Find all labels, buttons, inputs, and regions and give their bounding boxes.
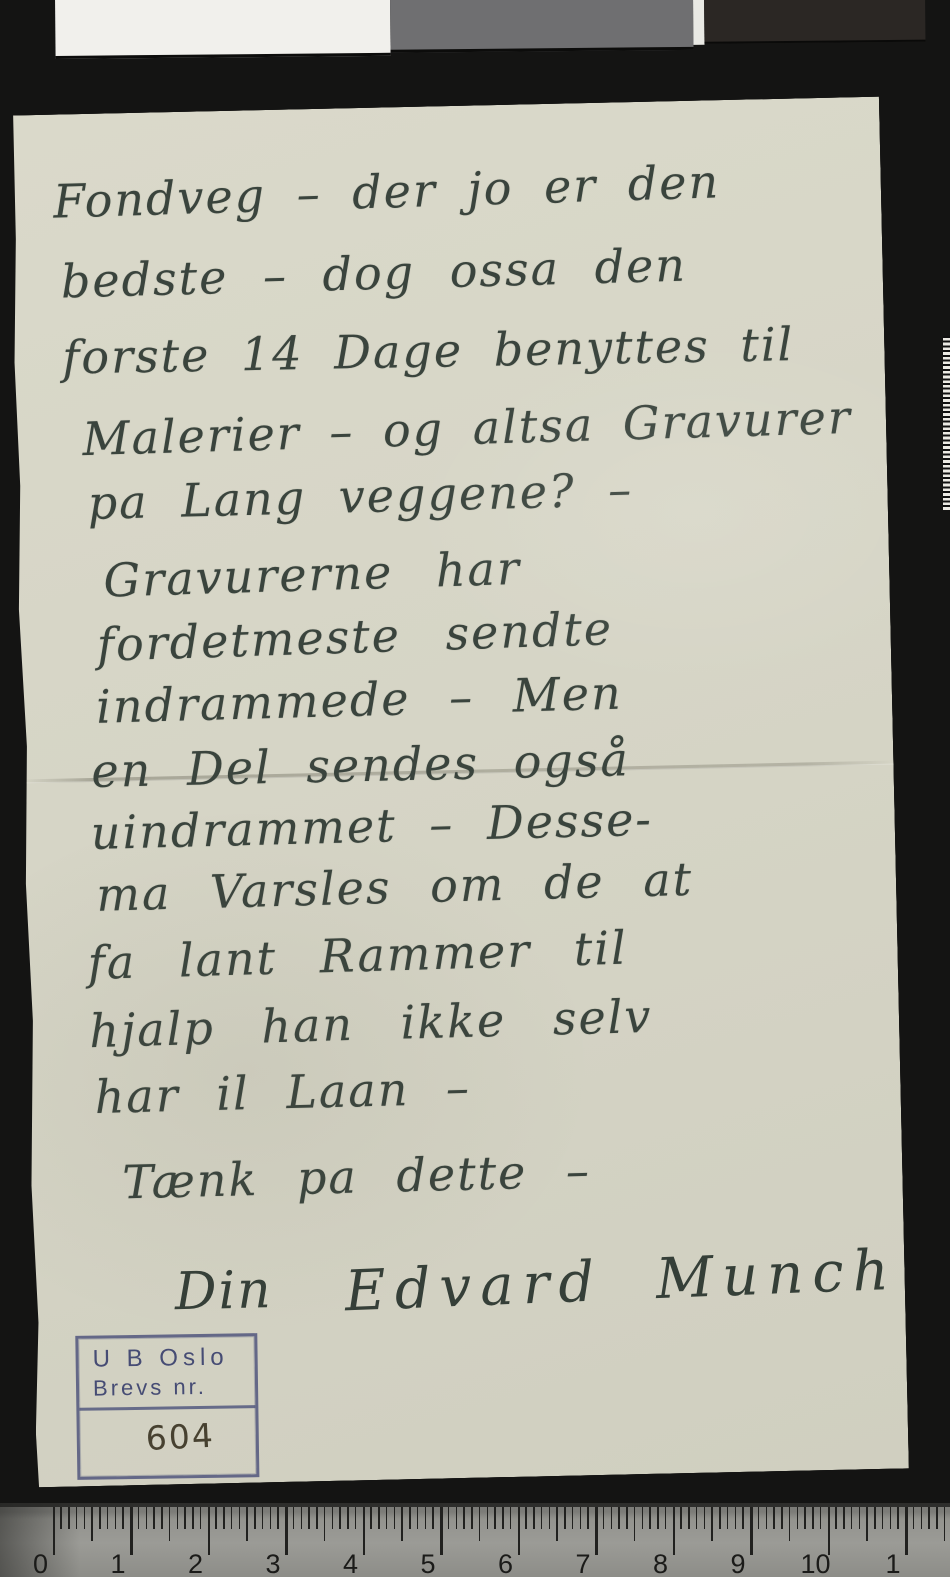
handwriting-line: har il Laan – — [94, 1060, 472, 1124]
ruler-tick — [789, 1507, 791, 1541]
ruler-tick — [177, 1507, 179, 1529]
ruler-tick — [688, 1507, 690, 1529]
ruler-tick — [696, 1507, 698, 1529]
ruler-tick — [138, 1507, 140, 1529]
ruler-tick — [308, 1507, 310, 1529]
ruler-tick — [673, 1507, 676, 1555]
ruler-tick — [324, 1507, 326, 1541]
ruler-tick — [928, 1507, 930, 1529]
centimeter-ruler: 0123456789101 — [0, 1503, 950, 1577]
ruler-tick — [874, 1507, 876, 1529]
ruler-tick — [828, 1507, 831, 1555]
ruler-tick — [518, 1507, 521, 1555]
ruler-tick — [611, 1507, 613, 1529]
ruler-tick — [580, 1507, 582, 1529]
ruler-tick — [76, 1507, 78, 1529]
handwriting-line: fordetmeste sendte — [96, 601, 614, 672]
closing-salutation: Din — [174, 1260, 273, 1322]
ruler-tick — [657, 1507, 659, 1529]
ruler-tick — [60, 1507, 62, 1529]
ruler-tick — [363, 1507, 366, 1555]
calibration-patch-dark — [704, 0, 926, 44]
ruler-tick — [386, 1507, 388, 1529]
ruler-tick — [626, 1507, 628, 1529]
letter-paper: Fondveg – der jo er denbedste – dog ossa… — [7, 97, 909, 1488]
ruler-tick — [471, 1507, 473, 1529]
handwriting-line: uindrammet – Desse- — [90, 792, 653, 860]
stamp-letter-number-value: 604 — [145, 1416, 216, 1458]
ruler-tick — [270, 1507, 272, 1529]
ruler-tick — [417, 1507, 419, 1529]
ruler-tick — [332, 1507, 334, 1529]
ruler-number: 4 — [343, 1549, 358, 1577]
ruler-tick — [91, 1507, 93, 1541]
scanned-letter-photo: Fondveg – der jo er denbedste – dog ossa… — [0, 0, 950, 1577]
ruler-number: 2 — [188, 1549, 203, 1577]
ruler-tick — [820, 1507, 822, 1529]
ruler-tick — [704, 1507, 706, 1529]
ruler-tick — [735, 1507, 737, 1529]
ruler-tick — [797, 1507, 799, 1529]
ruler-tick — [432, 1507, 434, 1529]
ruler-tick — [944, 1507, 946, 1541]
archive-stamp-header: U B Oslo Brevs nr. — [78, 1336, 255, 1411]
ruler-tick — [184, 1507, 186, 1529]
ruler-tick — [595, 1507, 598, 1555]
ruler-tick — [812, 1507, 814, 1529]
ruler-tick — [115, 1507, 117, 1529]
ruler-tick — [727, 1507, 729, 1529]
handwriting-line: Malerier – og altsa Gravurer — [82, 390, 853, 466]
ruler-tick — [525, 1507, 527, 1529]
ruler-tick — [556, 1507, 558, 1541]
handwriting-line: indrammede – Men — [95, 666, 623, 734]
letter-closing: Din Edvard Munch — [32, 1246, 904, 1265]
ruler-tick — [223, 1507, 225, 1529]
handwriting-line: Tænk pa dette – — [122, 1144, 592, 1210]
ruler-tick — [913, 1507, 915, 1529]
ruler-tick — [634, 1507, 636, 1541]
ruler-tick — [502, 1507, 504, 1529]
ruler-tick — [618, 1507, 620, 1529]
ruler-tick — [897, 1507, 899, 1529]
ruler-tick — [936, 1507, 938, 1529]
ruler-tick — [642, 1507, 644, 1529]
ruler-tick — [200, 1507, 202, 1529]
ruler-number: 10 — [800, 1549, 830, 1577]
ruler-tick — [750, 1507, 753, 1555]
stamp-institution-label: U B Oslo — [92, 1343, 254, 1374]
ruler-number: 6 — [498, 1549, 513, 1577]
ruler-tick — [463, 1507, 465, 1529]
ruler-tick — [99, 1507, 101, 1529]
ruler-tick — [711, 1507, 713, 1541]
ruler-tick — [277, 1507, 279, 1529]
ruler-tick — [835, 1507, 837, 1529]
ruler-tick — [541, 1507, 543, 1529]
ruler-tick — [208, 1507, 211, 1555]
handwriting-line: en Del sendes også — [91, 732, 630, 798]
ruler-number: 8 — [653, 1549, 668, 1577]
handwriting-line: bedste – dog ossa den — [60, 238, 687, 309]
grayscale-calibration-strip — [55, 0, 936, 56]
ruler-tick — [742, 1507, 744, 1529]
ruler-tick — [851, 1507, 853, 1529]
handwriting-line: ma Varsles om de at — [96, 852, 694, 922]
ruler-tick — [564, 1507, 566, 1529]
ruler-tick — [370, 1507, 372, 1529]
ruler-tick — [378, 1507, 380, 1529]
ruler-tick — [665, 1507, 667, 1529]
ruler-tick — [719, 1507, 721, 1529]
ruler-tick — [53, 1507, 56, 1555]
ruler-tick — [804, 1507, 806, 1529]
ruler-tick — [231, 1507, 233, 1529]
ruler-tick — [68, 1507, 70, 1529]
stamp-letter-number-label: Brevs nr. — [93, 1372, 255, 1403]
calibration-patch-white — [55, 0, 391, 59]
handwriting-block: Fondveg – der jo er denbedste – dog ossa… — [7, 97, 879, 116]
ruler-tick — [409, 1507, 411, 1529]
handwriting-line: forste 14 Dage benyttes til — [62, 317, 795, 384]
ruler-tick — [84, 1507, 86, 1529]
ruler-number: 1 — [885, 1549, 900, 1577]
ruler-tick — [316, 1507, 318, 1529]
ruler-tick — [192, 1507, 194, 1529]
ruler-tick — [866, 1507, 868, 1541]
ruler-number: 9 — [730, 1549, 745, 1577]
ruler-tick — [440, 1507, 443, 1555]
ruler-tick — [549, 1507, 551, 1529]
ruler-tick — [301, 1507, 303, 1529]
ruler-tick — [510, 1507, 512, 1529]
ruler-tick — [146, 1507, 148, 1529]
ruler-tick — [649, 1507, 651, 1529]
ruler-tick — [293, 1507, 295, 1529]
right-edge-ruler-fragment — [943, 336, 950, 510]
ruler-number: 0 — [33, 1549, 48, 1577]
ruler-tick — [905, 1507, 908, 1555]
handwriting-line: fa lant Rammer til — [87, 921, 628, 991]
handwriting-line: hjalp han ikke selv — [89, 989, 653, 1058]
ruler-tick — [843, 1507, 845, 1529]
ruler-tick — [773, 1507, 775, 1529]
ruler-tick — [572, 1507, 574, 1529]
ruler-tick — [859, 1507, 861, 1529]
ruler-tick — [533, 1507, 535, 1529]
ruler-number: 5 — [420, 1549, 435, 1577]
signature-edvard-munch: Edvard Munch — [344, 1238, 899, 1325]
ruler-tick — [448, 1507, 450, 1529]
ruler-tick — [339, 1507, 341, 1529]
ruler-tick — [107, 1507, 109, 1529]
ruler-tick — [161, 1507, 163, 1529]
calibration-patch-gap — [693, 0, 705, 45]
ruler-number: 1 — [110, 1549, 125, 1577]
ruler-tick — [758, 1507, 760, 1529]
ruler-tick — [262, 1507, 264, 1529]
ruler-tick — [766, 1507, 768, 1529]
ruler-number: 3 — [265, 1549, 280, 1577]
ruler-tick — [394, 1507, 396, 1529]
ruler-tick — [239, 1507, 241, 1529]
ruler-tick — [169, 1507, 171, 1541]
handwriting-line: Gravurerne har — [103, 541, 522, 608]
ruler-tick — [882, 1507, 884, 1529]
ruler-tick — [603, 1507, 605, 1529]
ruler-number: 7 — [575, 1549, 590, 1577]
ruler-tick — [130, 1507, 133, 1555]
ruler-tick — [246, 1507, 248, 1541]
ruler-tick — [587, 1507, 589, 1529]
ruler-tick — [494, 1507, 496, 1529]
ruler-tick — [215, 1507, 217, 1529]
handwriting-line: Fondveg – der jo er den — [52, 154, 720, 228]
ruler-tick — [680, 1507, 682, 1529]
ruler-tick — [355, 1507, 357, 1529]
handwriting-line: pa Lang veggene? – — [87, 462, 634, 530]
archive-stamp: U B Oslo Brevs nr. 604 — [75, 1333, 259, 1480]
ruler-tick — [921, 1507, 923, 1529]
ruler-tick — [254, 1507, 256, 1529]
ruler-tick — [153, 1507, 155, 1529]
ruler-tick — [347, 1507, 349, 1529]
ruler-tick — [479, 1507, 481, 1541]
archive-stamp-number-cell: 604 — [79, 1408, 256, 1471]
ruler-tick — [487, 1507, 489, 1529]
ruler-tick — [890, 1507, 892, 1529]
ruler-tick — [425, 1507, 427, 1529]
ruler-tick — [285, 1507, 288, 1555]
ruler-tick — [456, 1507, 458, 1529]
ruler-tick — [122, 1507, 124, 1529]
ruler-tick — [781, 1507, 783, 1529]
calibration-patch-gray — [390, 0, 694, 53]
ruler-tick — [401, 1507, 403, 1541]
